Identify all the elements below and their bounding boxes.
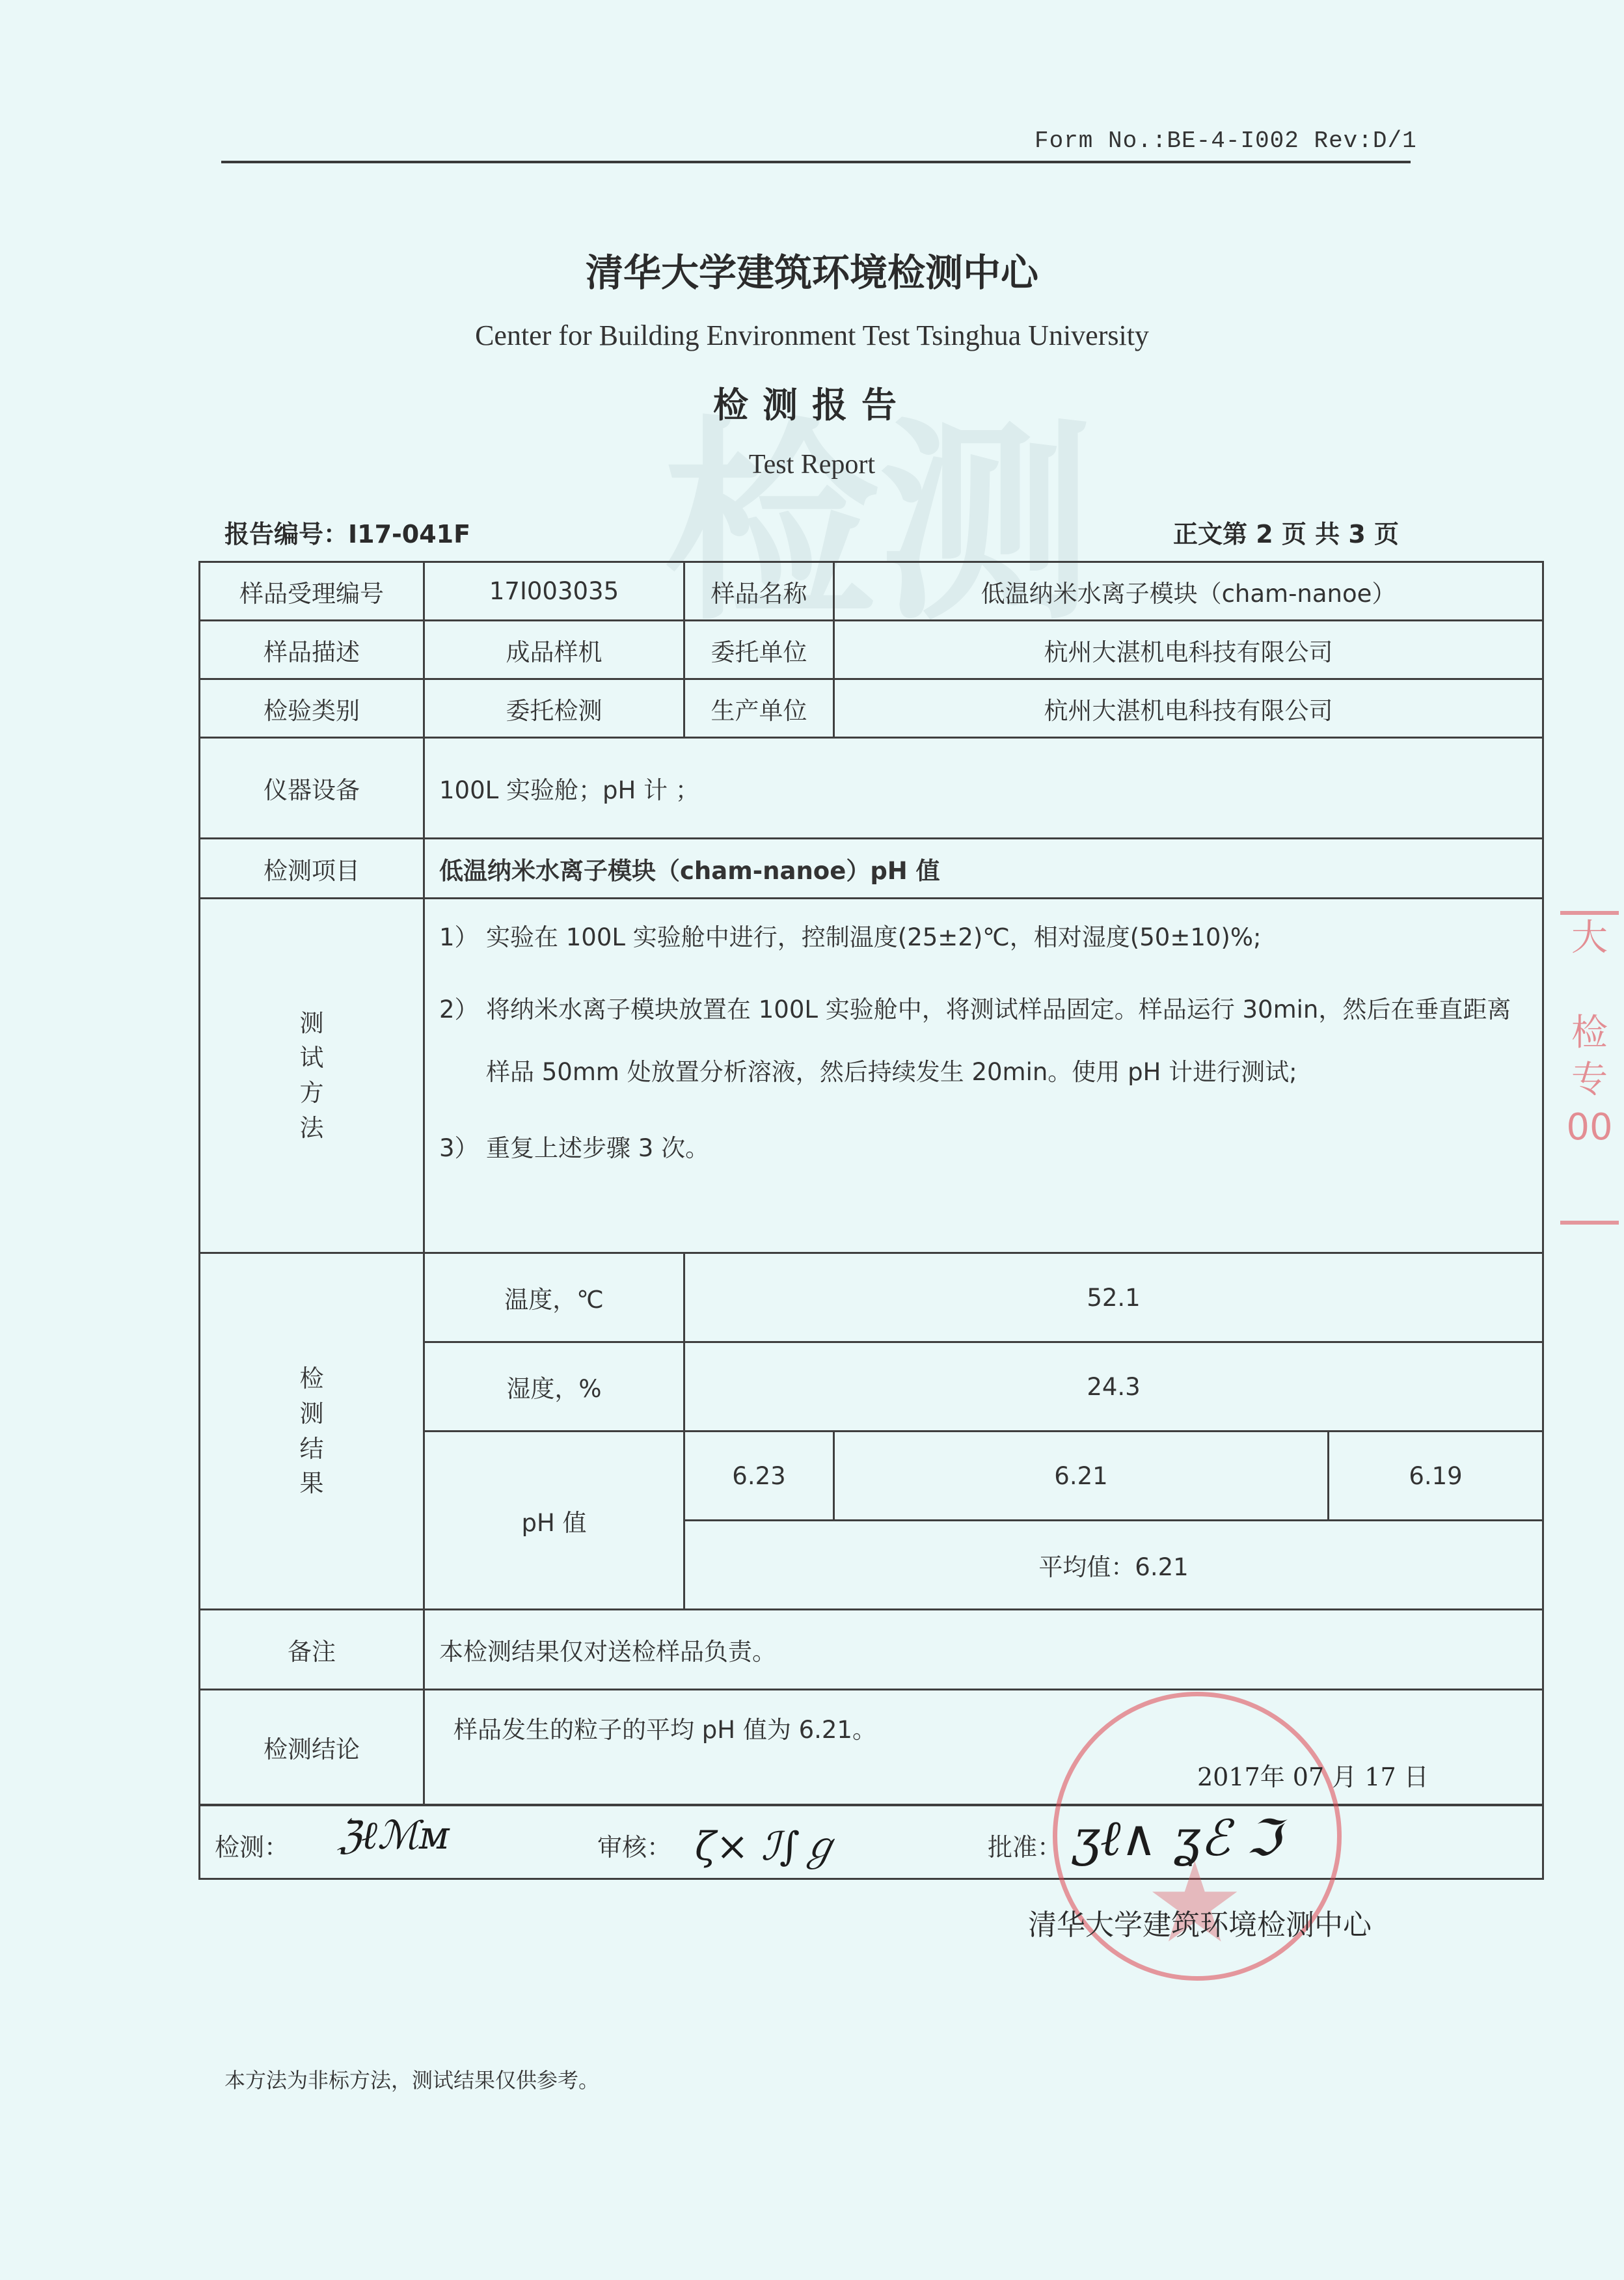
report-title-cn: 检测报告 [0, 377, 1624, 428]
ph-value-1: 6.23 [684, 1432, 834, 1521]
test-item-label: 检测项目 [200, 839, 424, 899]
organization-name-en: Center for Building Environment Test Tsi… [0, 319, 1624, 352]
results-label-cell: 检测结果 [200, 1253, 424, 1610]
test-item: 低温纳米水离子模块（cham-nanoe）pH 值 [424, 839, 1543, 899]
method-row: 测试方法 1） 实验在 100L 实验舱中进行，控制温度(25±2)℃，相对湿度… [200, 899, 1543, 1253]
ph-value-3: 6.19 [1329, 1432, 1543, 1521]
method-step: 1） 实验在 100L 实验舱中进行，控制温度(25±2)℃，相对湿度(50±1… [439, 917, 1529, 953]
sample-accept-no: 17I003035 [424, 562, 684, 621]
remarks-text: 本检测结果仅对送检样品负责。 [424, 1610, 1543, 1690]
method-label-cell: 测试方法 [200, 899, 424, 1253]
test-type-label: 检验类别 [200, 679, 424, 738]
client: 杭州大湛机电科技有限公司 [834, 621, 1543, 679]
report-number: 报告编号：I17-041F [224, 514, 470, 550]
step-number: 3） [439, 1128, 486, 1163]
tester-label: 检测： [215, 1827, 289, 1863]
ph-value-2: 6.21 [834, 1432, 1329, 1521]
footnote: 本方法为非标方法，测试结果仅供参考。 [224, 2064, 599, 2094]
equipment: 100L 实验舱；pH 计 ； [424, 738, 1543, 839]
sample-desc: 成品样机 [424, 621, 684, 679]
method-step: 3） 重复上述步骤 3 次。 [439, 1128, 1529, 1163]
step-number: 1） [439, 917, 486, 953]
step-text: 重复上述步骤 3 次。 [486, 1128, 709, 1163]
equipment-label: 仪器设备 [200, 738, 424, 839]
header-rule [221, 161, 1411, 163]
temperature-label: 温度，℃ [424, 1253, 684, 1342]
issuer-name: 清华大学建筑环境检测中心 [1028, 1901, 1372, 1943]
conclusion-label: 检测结论 [200, 1690, 424, 1805]
method-label: 测试方法 [300, 1006, 324, 1146]
ph-label: pH 值 [424, 1432, 684, 1610]
ph-average: 平均值：6.21 [684, 1521, 1543, 1610]
report-title-en: Test Report [0, 449, 1624, 480]
organization-name-cn: 清华大学建筑环境检测中心 [0, 242, 1624, 297]
reviewer-label: 审核： [597, 1827, 671, 1863]
form-number: Form No.:BE-4-I002 Rev:D/1 [1035, 128, 1417, 154]
sample-accept-no-label: 样品受理编号 [200, 562, 424, 621]
sample-name-label: 样品名称 [684, 562, 834, 621]
info-row-3: 检验类别 委托检测 生产单位 杭州大湛机电科技有限公司 [200, 679, 1543, 738]
step-text: 将纳米水离子模块放置在 100L 实验舱中，将测试样品固定。样品运行 30min… [486, 979, 1529, 1104]
remarks-row: 备注 本检测结果仅对送检样品负责。 [200, 1610, 1543, 1690]
sample-desc-label: 样品描述 [200, 621, 424, 679]
results-label: 检测结果 [300, 1361, 324, 1501]
info-row-1: 样品受理编号 17I003035 样品名称 低温纳米水离子模块（cham-nan… [200, 562, 1543, 621]
test-type: 委托检测 [424, 679, 684, 738]
equipment-row: 仪器设备 100L 实验舱；pH 计 ； [200, 738, 1543, 839]
temperature-row: 检测结果 温度，℃ 52.1 [200, 1253, 1543, 1342]
remarks-label: 备注 [200, 1610, 424, 1690]
approver-label: 批准： [988, 1827, 1062, 1863]
humidity-value: 24.3 [684, 1342, 1543, 1432]
step-text: 实验在 100L 实验舱中进行，控制温度(25±2)℃，相对湿度(50±10)%… [486, 917, 1261, 953]
manufacturer-label: 生产单位 [684, 679, 834, 738]
report-date: 2017年 07 月 17 日 [1197, 1757, 1429, 1793]
tester-signature: ℨℓℳᴍ [337, 1813, 450, 1858]
client-label: 委托单位 [684, 621, 834, 679]
page-seam-stamp: 大检专00 [1560, 911, 1619, 1225]
method-step: 2） 将纳米水离子模块放置在 100L 实验舱中，将测试样品固定。样品运行 30… [439, 979, 1529, 1104]
reviewer-signature: ζ× ℐ∫ℊ [695, 1815, 839, 1871]
manufacturer: 杭州大湛机电科技有限公司 [834, 679, 1543, 738]
humidity-label: 湿度，% [424, 1342, 684, 1432]
sample-name: 低温纳米水离子模块（cham-nanoe） [834, 562, 1543, 621]
temperature-value: 52.1 [684, 1253, 1543, 1342]
info-row-2: 样品描述 成品样机 委托单位 杭州大湛机电科技有限公司 [200, 621, 1543, 679]
step-number: 2） [439, 979, 486, 1104]
report-table: 样品受理编号 17I003035 样品名称 低温纳米水离子模块（cham-nan… [198, 561, 1544, 1880]
page-info: 正文第 2 页 共 3 页 [1139, 514, 1399, 550]
test-item-row: 检测项目 低温纳米水离子模块（cham-nanoe）pH 值 [200, 839, 1543, 899]
method-steps: 1） 实验在 100L 实验舱中进行，控制温度(25±2)℃，相对湿度(50±1… [424, 899, 1543, 1253]
